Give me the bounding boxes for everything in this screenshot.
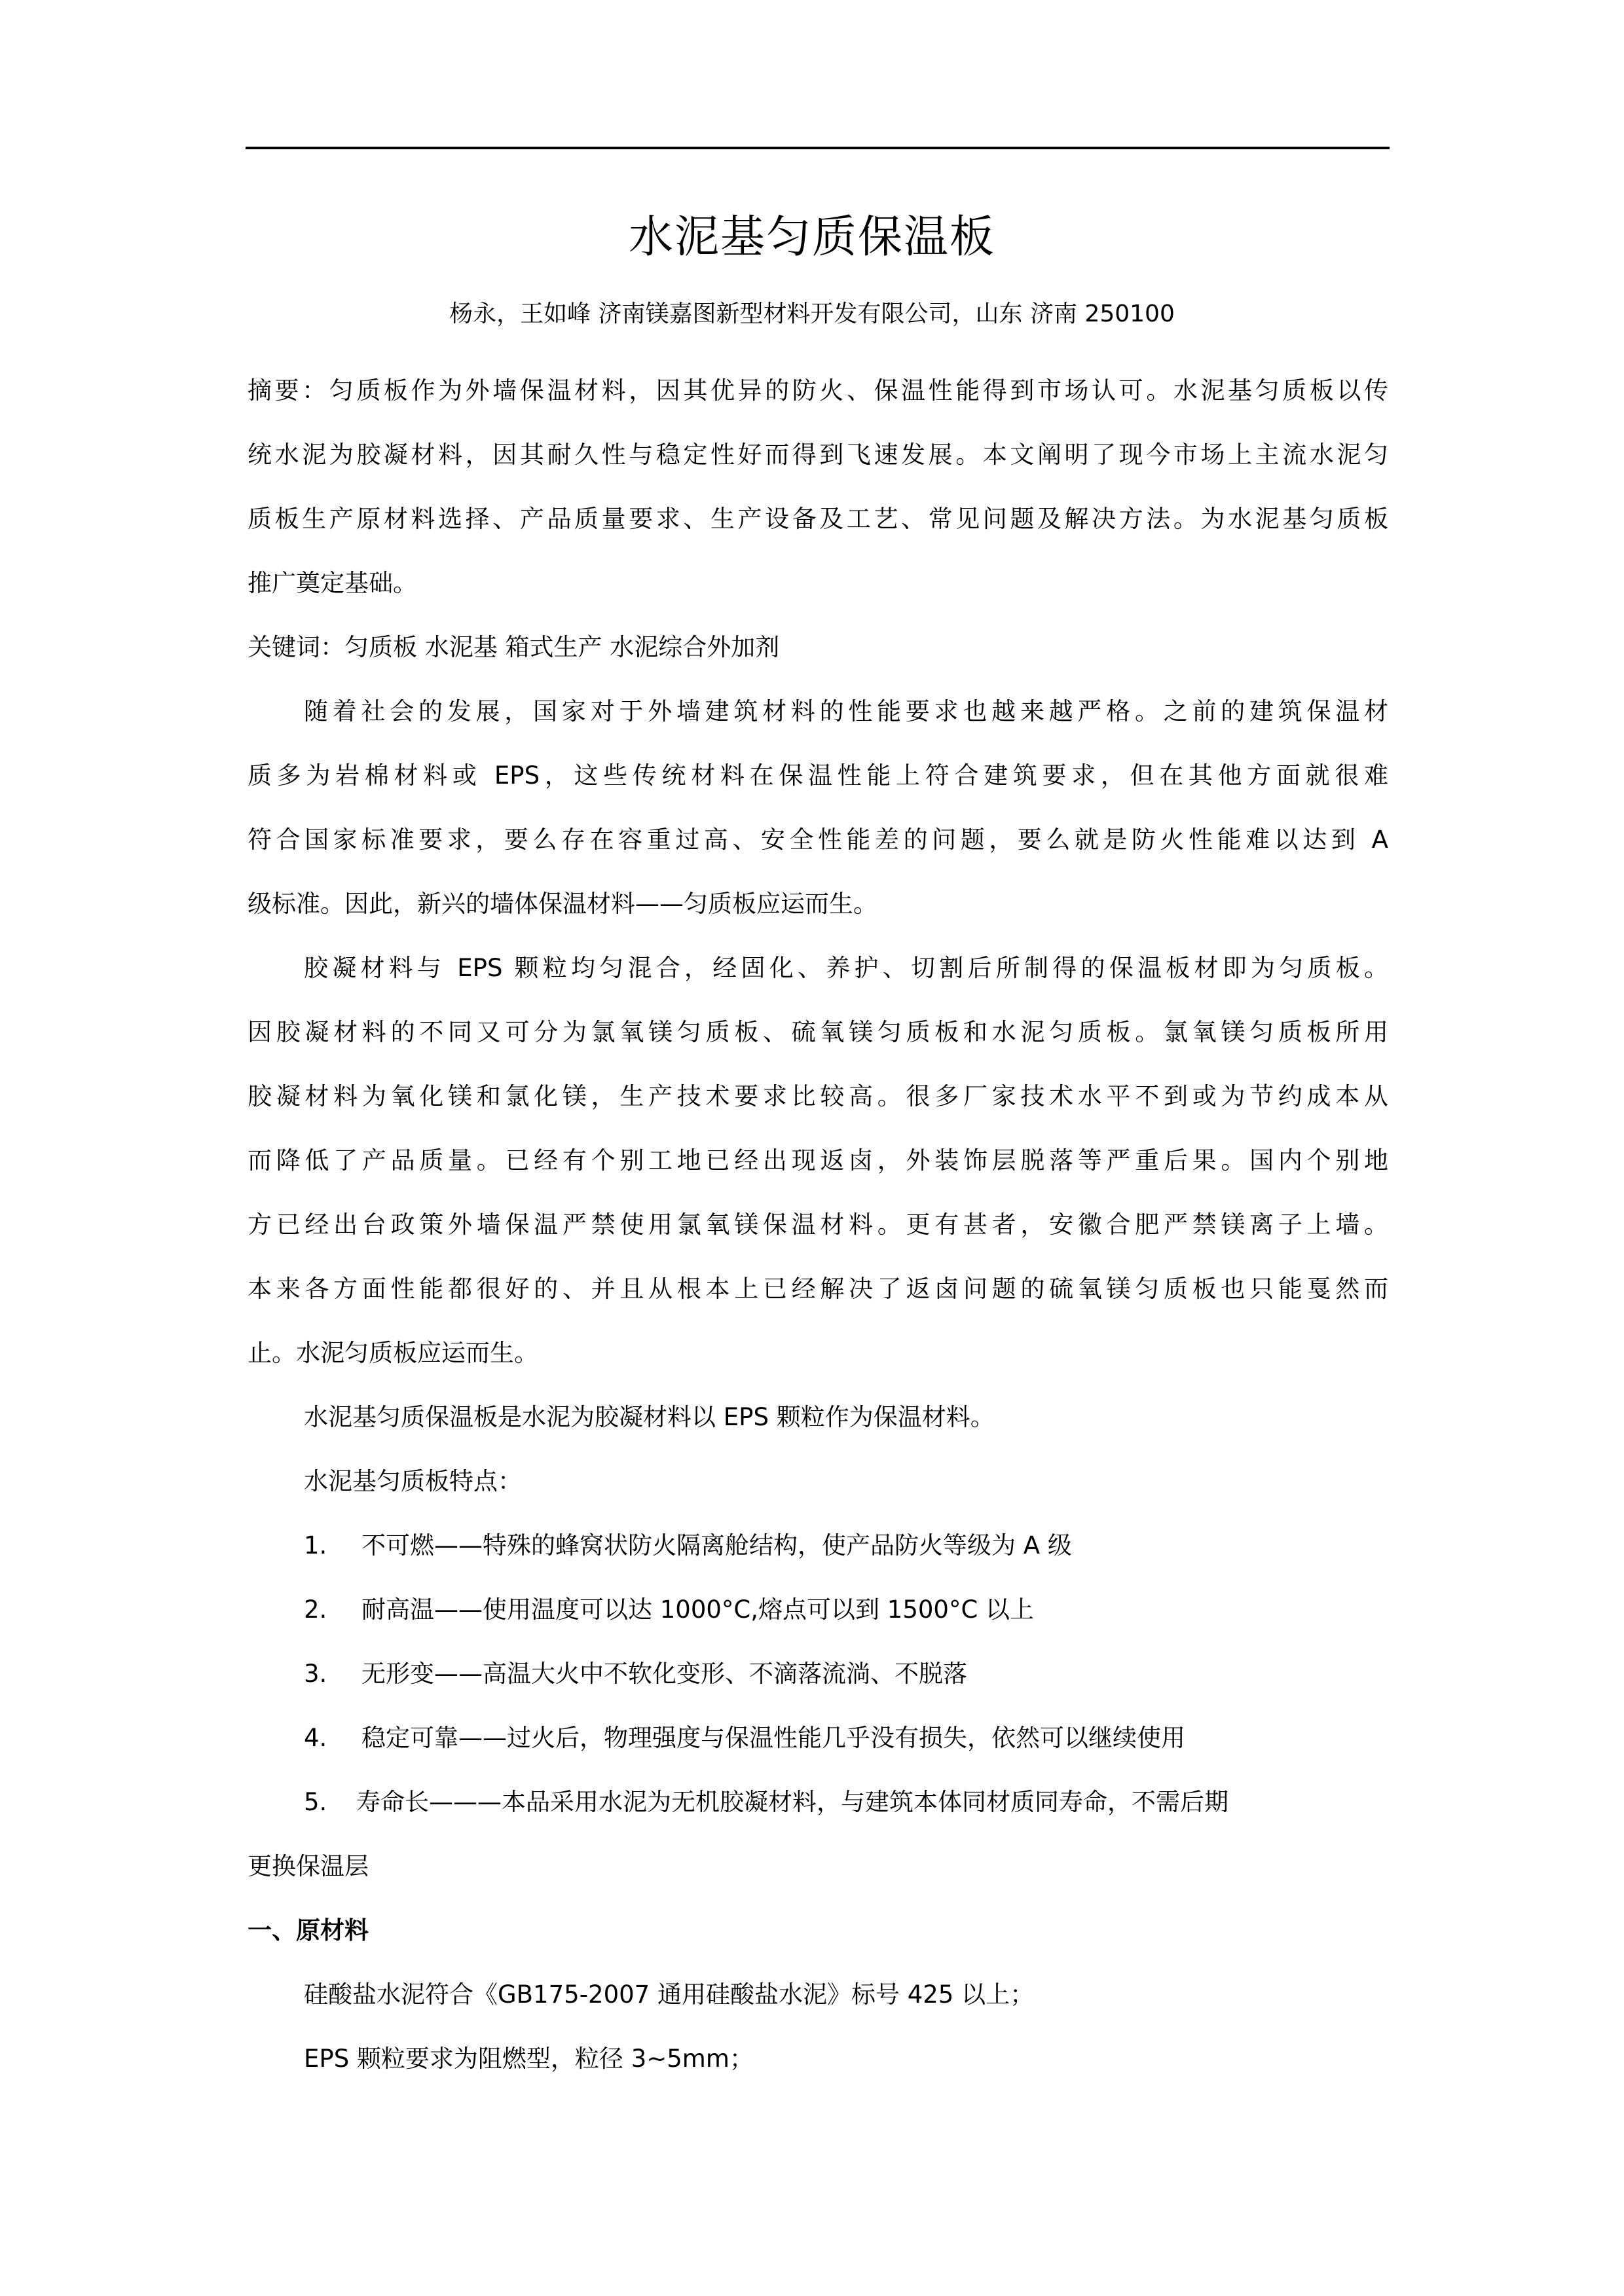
feature-number: 5. — [304, 1770, 356, 1834]
paragraph-intro: 随着社会的发展，国家对于外墙建筑材料的性能要求也越来越严格。之前的建筑保温材 质… — [248, 680, 1388, 936]
feature-item: 3.无形变——高温大火中不软化变形、不滴落流淌、不脱落 — [248, 1642, 1388, 1706]
features-heading: 水泥基匀质板特点： — [248, 1449, 1388, 1514]
abstract-line: 推广奠定基础。 — [248, 551, 1388, 615]
section-heading: 一、原材料 — [248, 1899, 1388, 1963]
paragraph-line: 止。水泥匀质板应运而生。 — [248, 1321, 1388, 1385]
material-item: 硅酸盐水泥符合《GB175-2007 通用硅酸盐水泥》标号 425 以上； — [248, 1963, 1388, 2027]
feature-text: 稳定可靠——过火后，物理强度与保温性能几乎没有损失，依然可以继续使用 — [361, 1724, 1185, 1752]
feature-number: 1. — [304, 1514, 361, 1578]
document-body: 摘要：匀质板作为外墙保温材料，因其优异的防火、保温性能得到市场认可。水泥基匀质板… — [248, 359, 1388, 2091]
paragraph-line: 方已经出台政策外墙保温严禁使用氯氧镁保温材料。更有甚者，安徽合肥严禁镁离子上墙。 — [248, 1193, 1388, 1257]
abstract-line: 摘要：匀质板作为外墙保温材料，因其优异的防火、保温性能得到市场认可。水泥基匀质板… — [248, 359, 1388, 423]
paragraph-types: 胶凝材料与 EPS 颗粒均匀混合，经固化、养护、切割后所制得的保温板材即为匀质板… — [248, 936, 1388, 1385]
paragraph-line: 级标准。因此，新兴的墙体保温材料——匀质板应运而生。 — [248, 872, 1388, 936]
paragraph-line: 质多为岩棉材料或 EPS，这些传统材料在保温性能上符合建筑要求，但在其他方面就很… — [248, 744, 1388, 808]
paragraph-definition: 水泥基匀质保温板是水泥为胶凝材料以 EPS 颗粒作为保温材料。 — [248, 1385, 1388, 1449]
paragraph-line: 随着社会的发展，国家对于外墙建筑材料的性能要求也越来越严格。之前的建筑保温材 — [248, 680, 1388, 744]
feature-item: 4.稳定可靠——过火后，物理强度与保温性能几乎没有损失，依然可以继续使用 — [248, 1706, 1388, 1770]
feature-text: 不可燃——特殊的蜂窝状防火隔离舱结构，使产品防火等级为 A 级 — [361, 1531, 1072, 1559]
abstract: 摘要：匀质板作为外墙保温材料，因其优异的防火、保温性能得到市场认可。水泥基匀质板… — [248, 359, 1388, 615]
features-list: 1.不可燃——特殊的蜂窝状防火隔离舱结构，使产品防火等级为 A 级 2.耐高温—… — [248, 1514, 1388, 1899]
paragraph-line: 胶凝材料为氧化镁和氯化镁，生产技术要求比较高。很多厂家技术水平不到或为节约成本从 — [248, 1065, 1388, 1129]
feature-item: 2.耐高温——使用温度可以达 1000°C,熔点可以到 1500°C 以上 — [248, 1578, 1388, 1642]
document-title: 水泥基匀质保温板 — [0, 208, 1624, 267]
paragraph-line: 因胶凝材料的不同又可分为氯氧镁匀质板、硫氧镁匀质板和水泥匀质板。氯氧镁匀质板所用 — [248, 1000, 1388, 1065]
keywords: 关键词：匀质板 水泥基 箱式生产 水泥综合外加剂 — [248, 615, 1388, 680]
paragraph-line: 胶凝材料与 EPS 颗粒均匀混合，经固化、养护、切割后所制得的保温板材即为匀质板… — [248, 936, 1388, 1000]
paragraph-line: 本来各方面性能都很好的、并且从根本上已经解决了返卤问题的硫氧镁匀质板也只能戛然而 — [248, 1257, 1388, 1321]
feature-text: 寿命长———本品采用水泥为无机胶凝材料，与建筑本体同材质同寿命，不需后期 — [356, 1788, 1228, 1816]
feature-continuation: 更换保温层 — [248, 1834, 1388, 1899]
author-affiliation: 杨永，王如峰 济南镁嘉图新型材料开发有限公司，山东 济南 250100 — [0, 298, 1624, 331]
feature-item: 1.不可燃——特殊的蜂窝状防火隔离舱结构，使产品防火等级为 A 级 — [248, 1514, 1388, 1578]
material-item: EPS 颗粒要求为阻燃型，粒径 3~5mm； — [248, 2027, 1388, 2091]
paragraph-line: 而降低了产品质量。已经有个别工地已经出现返卤，外装饰层脱落等严重后果。国内个别地 — [248, 1129, 1388, 1193]
paragraph-line: 符合国家标准要求，要么存在容重过高、安全性能差的问题，要么就是防火性能难以达到 … — [248, 808, 1388, 872]
header-rule — [246, 147, 1390, 149]
feature-number: 3. — [304, 1642, 361, 1706]
feature-number: 2. — [304, 1578, 361, 1642]
feature-text: 无形变——高温大火中不软化变形、不滴落流淌、不脱落 — [361, 1660, 967, 1688]
abstract-line: 统水泥为胶凝材料，因其耐久性与稳定性好而得到飞速发展。本文阐明了现今市场上主流水… — [248, 423, 1388, 487]
feature-number: 4. — [304, 1706, 361, 1770]
feature-text: 耐高温——使用温度可以达 1000°C,熔点可以到 1500°C 以上 — [361, 1595, 1034, 1624]
abstract-line: 质板生产原材料选择、产品质量要求、生产设备及工艺、常见问题及解决方法。为水泥基匀… — [248, 487, 1388, 551]
feature-item: 5.寿命长———本品采用水泥为无机胶凝材料，与建筑本体同材质同寿命，不需后期 — [248, 1770, 1388, 1834]
